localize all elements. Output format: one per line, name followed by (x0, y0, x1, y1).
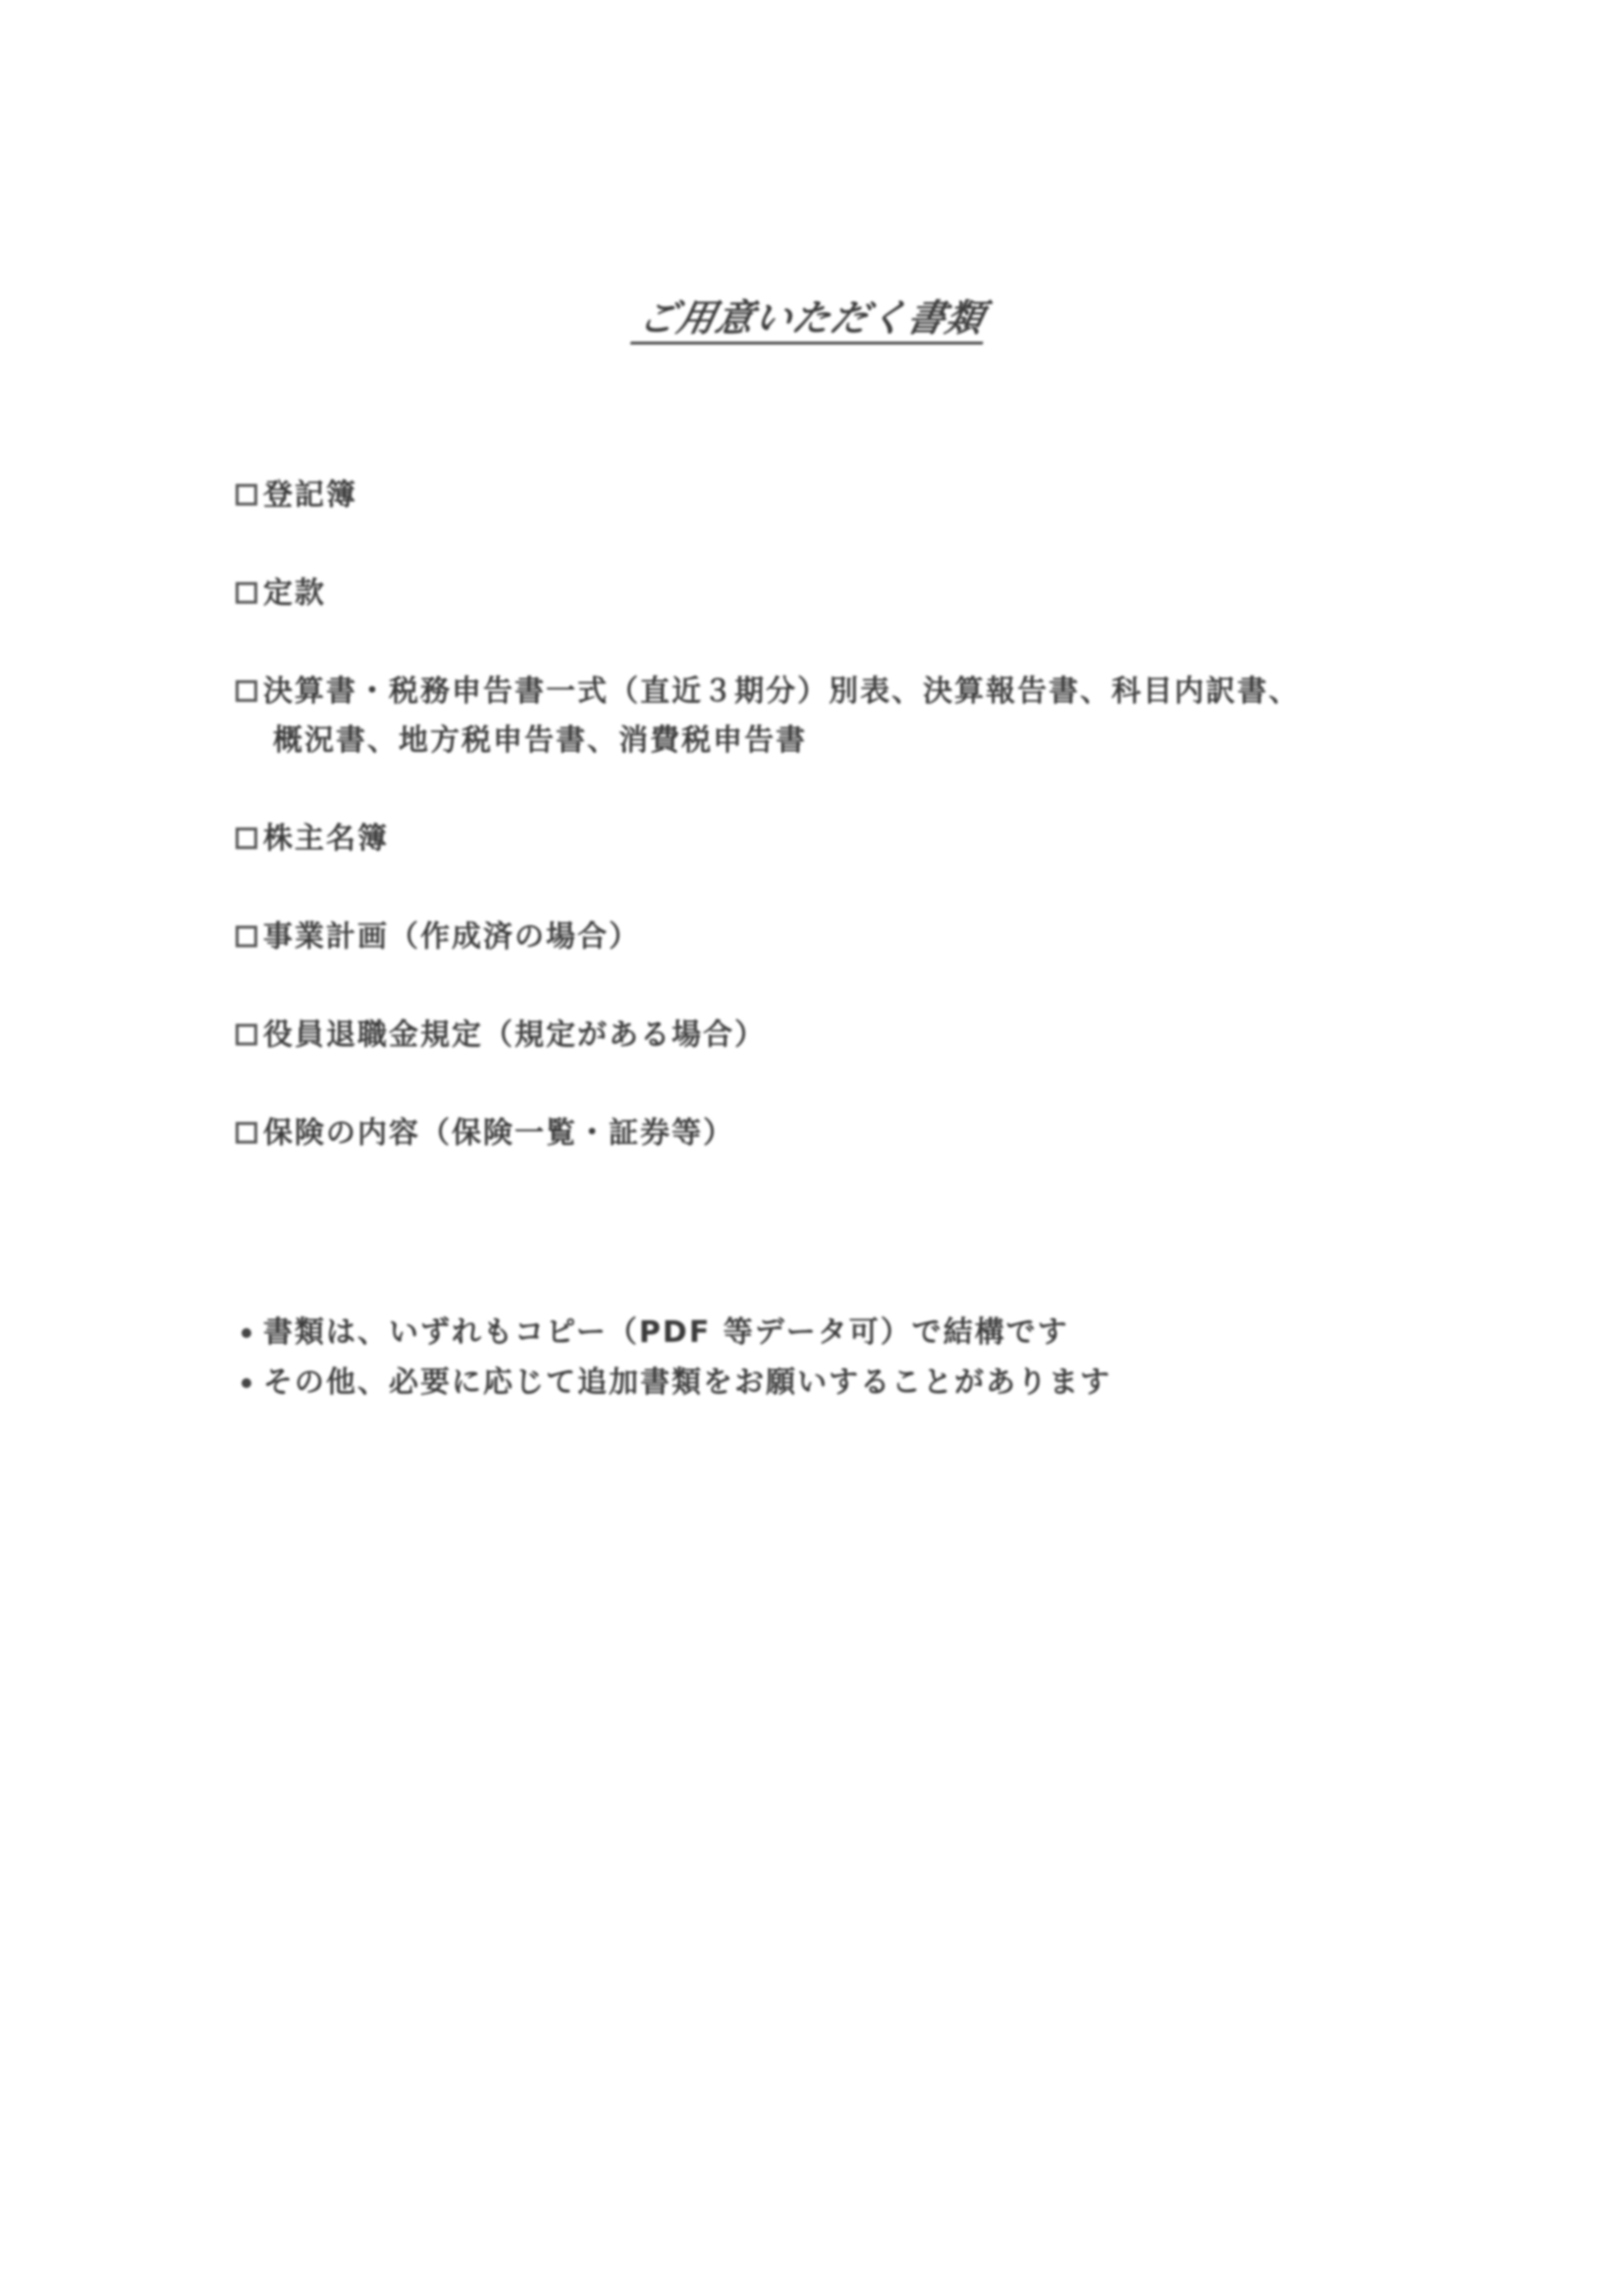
checklist-item-registry: 登記簿 (236, 471, 357, 520)
checkbox-icon[interactable] (236, 1122, 257, 1144)
checklist-item-label: 役員退職金規定（規定がある場合） (263, 1011, 766, 1060)
checklist-item-label-continued: 概況書、地方税申告書、消費税申告書 (263, 717, 1300, 766)
checklist-item-text: 決算書・税務申告書一式（直近３期分）別表、決算報告書、科目内訳書、 概況書、地方… (263, 667, 1300, 766)
note-item: その他、必要に応じて追加書類をお願いすることがあります (238, 1358, 1111, 1408)
checkbox-icon[interactable] (236, 828, 257, 849)
checklist-item-label: 事業計画（作成済の場合） (263, 913, 640, 962)
checklist-item-financial-statements: 決算書・税務申告書一式（直近３期分）別表、決算報告書、科目内訳書、 概況書、地方… (236, 667, 1300, 766)
checkbox-icon[interactable] (236, 1024, 257, 1045)
checklist-item-label: 保険の内容（保険一覧・証券等） (263, 1109, 734, 1158)
checklist-item-label: 株主名簿 (263, 815, 389, 864)
checkbox-icon[interactable] (236, 484, 257, 506)
checklist-item-label: 定款 (263, 569, 326, 618)
checklist-item-articles: 定款 (236, 569, 326, 618)
checklist-item-retirement-rules: 役員退職金規定（規定がある場合） (236, 1011, 766, 1060)
checklist-item-insurance: 保険の内容（保険一覧・証券等） (236, 1109, 734, 1158)
title-text: ご用意いただく書類 (630, 296, 993, 345)
document-notes: 書類は、いずれもコピー（PDF 等データ可）で結構です その他、必要に応じて追加… (238, 1308, 1111, 1408)
document-title: ご用意いただく書類 (0, 296, 1624, 345)
checkbox-icon[interactable] (236, 926, 257, 947)
note-item: 書類は、いずれもコピー（PDF 等データ可）で結構です (238, 1308, 1111, 1358)
checklist-item-label: 登記簿 (263, 471, 357, 520)
bullet-icon (242, 1378, 251, 1388)
checkbox-icon[interactable] (236, 680, 257, 702)
bullet-icon (242, 1328, 251, 1338)
document-page: ご用意いただく書類 登記簿 定款 決算書・税務申告書一式（直近３期分）別表、決算… (0, 0, 1624, 2296)
note-text: 書類は、いずれもコピー（PDF 等データ可）で結構です (263, 1308, 1069, 1358)
checkbox-icon[interactable] (236, 582, 257, 604)
checklist-item-business-plan: 事業計画（作成済の場合） (236, 913, 640, 962)
checklist-item-label: 決算書・税務申告書一式（直近３期分）別表、決算報告書、科目内訳書、 (263, 667, 1300, 717)
checklist-item-shareholder-register: 株主名簿 (236, 815, 389, 864)
note-text: その他、必要に応じて追加書類をお願いすることがあります (263, 1358, 1111, 1408)
